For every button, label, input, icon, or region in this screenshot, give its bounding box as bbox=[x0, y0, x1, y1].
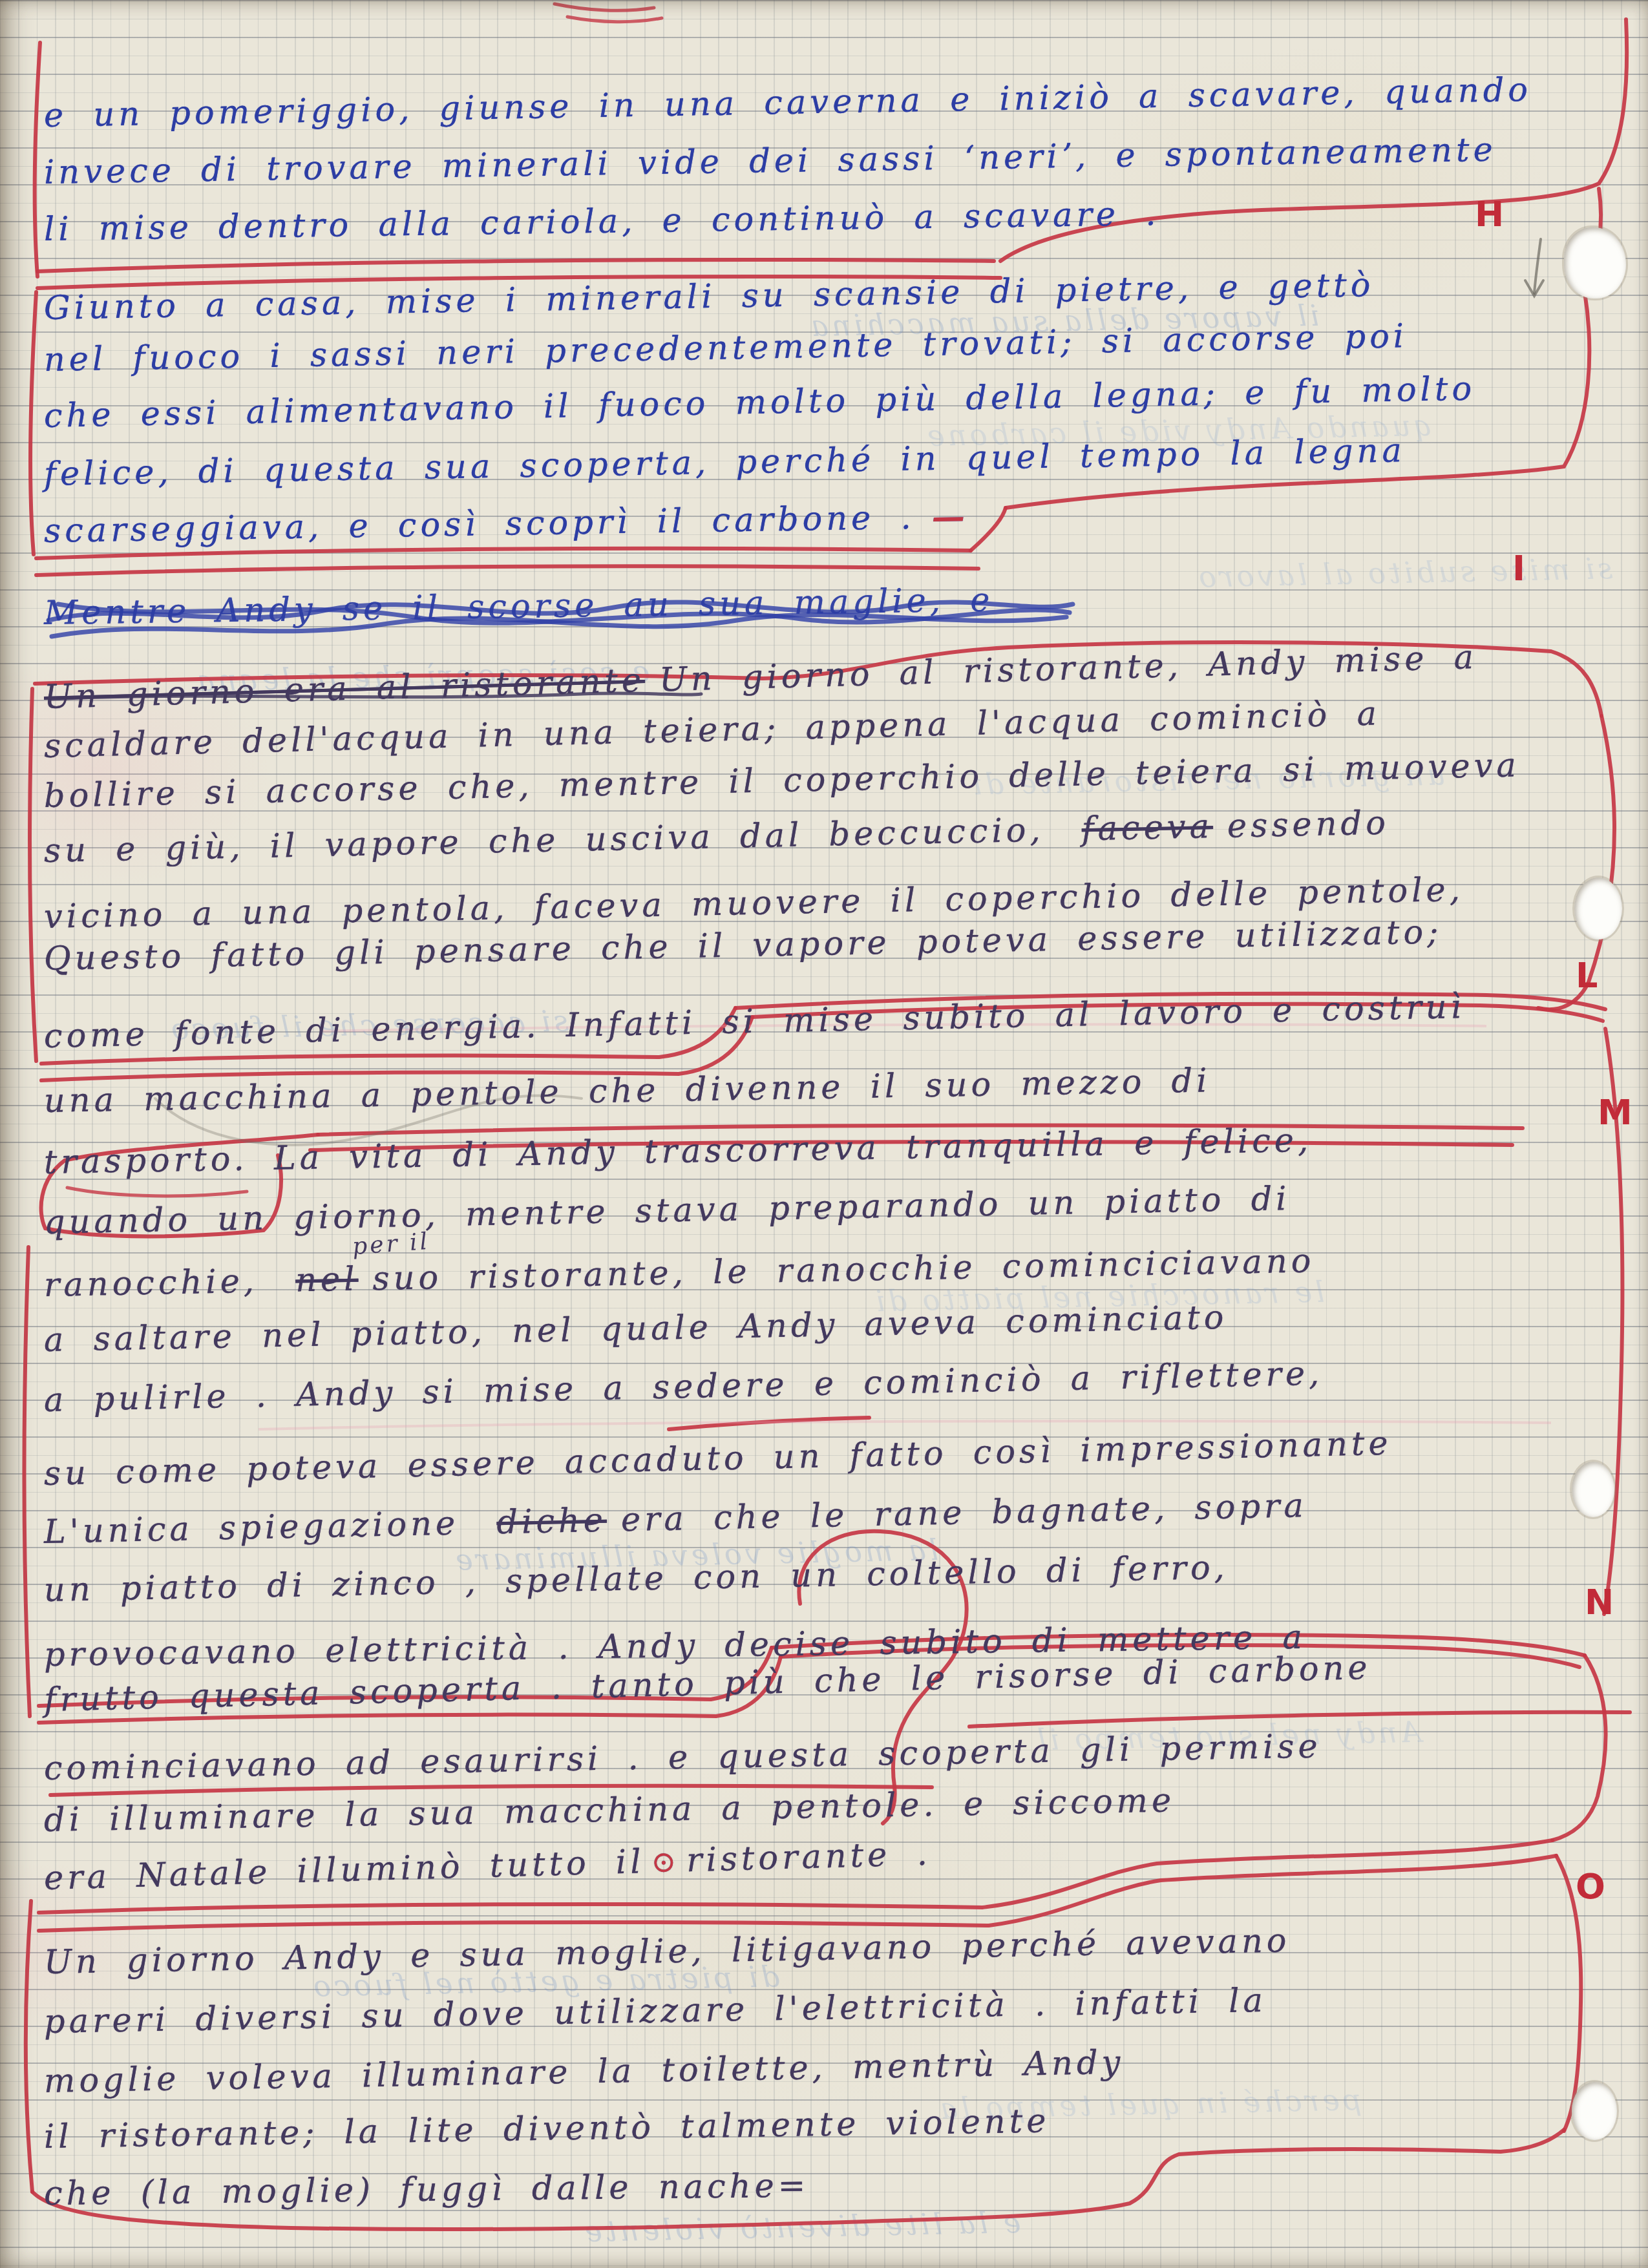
handwritten-text: L'unica spiegazione bbox=[43, 1505, 459, 1551]
red-top-edge-mark bbox=[567, 17, 662, 22]
struck-text: diche bbox=[496, 1502, 607, 1542]
punch-hole bbox=[1572, 2082, 1617, 2140]
handwritten-text: su e giù, il vapore che usciva dal beccu… bbox=[43, 812, 1044, 870]
handwritten-text: scarseggiava, e così scoprì il carbone . bbox=[44, 499, 916, 551]
red-circled-dot: ⊙ bbox=[651, 1844, 681, 1880]
margin-letter-h: H bbox=[1475, 194, 1504, 235]
red-top-edge-mark bbox=[555, 4, 654, 10]
punch-hole bbox=[1574, 877, 1622, 940]
punch-hole bbox=[1564, 227, 1626, 299]
red-dash-mark: — bbox=[931, 498, 965, 537]
margin-letter-o: O bbox=[1576, 1866, 1605, 1907]
handwritten-text: era Natale illuminò tutto il bbox=[43, 1843, 645, 1898]
struck-text: faceva bbox=[1081, 808, 1213, 848]
margin-letter-l: L bbox=[1576, 955, 1598, 996]
handwritten-text: essendo bbox=[1227, 804, 1389, 845]
margin-letter-i: I bbox=[1512, 548, 1525, 589]
handwritten-text: ranocchie, bbox=[43, 1263, 258, 1305]
handwritten-text: ristorante . bbox=[686, 1835, 931, 1880]
handwritten-text: era che le rane bagnate, sopra bbox=[620, 1487, 1307, 1539]
margin-letter-m: M bbox=[1598, 1092, 1632, 1133]
notebook-page: il vapore della sua macchina quando Andy… bbox=[0, 0, 1648, 2268]
punch-hole bbox=[1572, 1462, 1614, 1517]
margin-letter-n: N bbox=[1585, 1582, 1614, 1622]
struck-text: nel bbox=[295, 1261, 359, 1300]
